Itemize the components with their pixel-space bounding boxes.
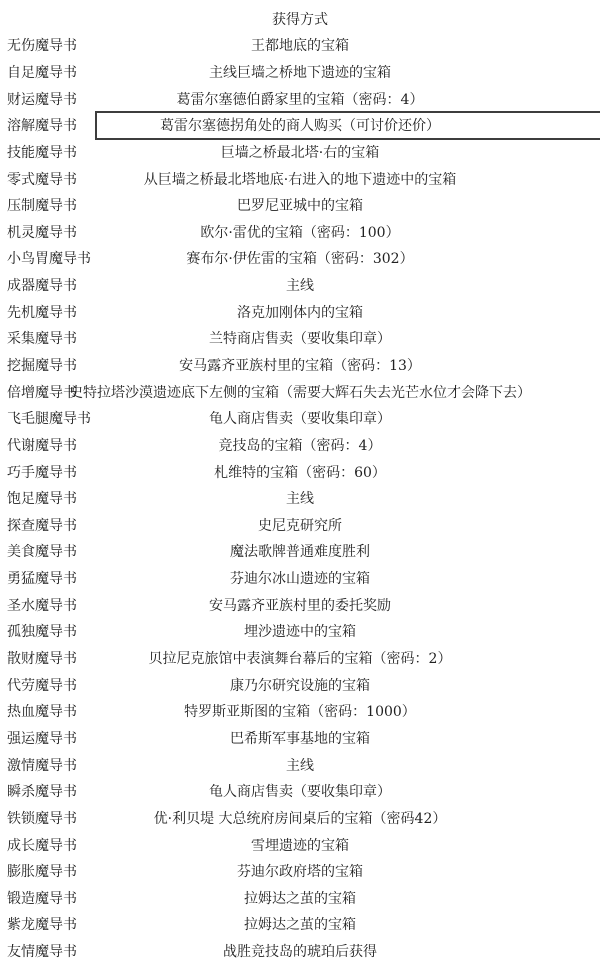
acquisition-method-cell: 兰特商店售卖（要收集印章） [0, 328, 600, 348]
table-row: 饱足魔导书 主线 [0, 485, 600, 512]
book-name-cell: 无伤魔导书 [7, 35, 77, 55]
book-name-cell: 飞毛腿魔导书 [7, 408, 91, 428]
table-row: 孤独魔导书 埋沙遗迹中的宝箱 [0, 618, 600, 645]
table-row: 财运魔导书 葛雷尔塞德伯爵家里的宝箱（密码：4） [0, 85, 600, 112]
book-name-cell: 先机魔导书 [7, 302, 77, 322]
table-row: 热血魔导书 特罗斯亚斯图的宝箱（密码：1000） [0, 698, 600, 725]
acquisition-method-cell: 优·利贝堤 大总统府房间桌后的宝箱（密码42） [0, 808, 600, 828]
table-row: 瞬杀魔导书 龟人商店售卖（要收集印章） [0, 778, 600, 805]
book-name-cell: 圣水魔导书 [7, 595, 77, 615]
table-row: 自足魔导书 主线巨墙之桥地下遗迹的宝箱 [0, 59, 600, 86]
book-name-cell: 饱足魔导书 [7, 488, 77, 508]
acquisition-method-cell: 史尼克研究所 [0, 515, 600, 535]
book-name-cell: 友情魔导书 [7, 941, 77, 961]
table-row: 零式魔导书 从巨墙之桥最北塔地底·右进入的地下遗迹中的宝箱 [0, 165, 600, 192]
acquisition-method-cell: 战胜竞技岛的琥珀后获得 [0, 941, 600, 961]
book-name-cell: 财运魔导书 [7, 89, 77, 109]
book-name-cell: 倍增魔导书 [7, 382, 77, 402]
acquisition-method-cell: 拉姆达之茧的宝箱 [0, 888, 600, 908]
acquisition-method-cell: 葛雷尔塞德拐角处的商人购买（可讨价还价） [0, 115, 600, 135]
book-name-cell: 散财魔导书 [7, 648, 77, 668]
table-row: 飞毛腿魔导书 龟人商店售卖（要收集印章） [0, 405, 600, 432]
book-name-cell: 成长魔导书 [7, 835, 77, 855]
table-row: 压制魔导书 巴罗尼亚城中的宝箱 [0, 192, 600, 219]
acquisition-method-cell: 竞技岛的宝箱（密码：4） [0, 435, 600, 455]
acquisition-method-cell: 芬迪尔冰山遗迹的宝箱 [0, 568, 600, 588]
table-row: 铁锁魔导书 优·利贝堤 大总统府房间桌后的宝箱（密码42） [0, 805, 600, 832]
table-row: 膨胀魔导书 芬迪尔政府塔的宝箱 [0, 858, 600, 885]
book-name-cell: 代谢魔导书 [7, 435, 77, 455]
column-header-acquisition-method: 获得方式 [272, 9, 328, 29]
table-row: 采集魔导书 兰特商店售卖（要收集印章） [0, 325, 600, 352]
acquisition-method-cell: 贝拉尼克旅馆中表演舞台幕后的宝箱（密码：2） [0, 648, 600, 668]
acquisition-method-cell: 龟人商店售卖（要收集印章） [0, 781, 600, 801]
book-name-cell: 机灵魔导书 [7, 222, 77, 242]
acquisition-method-cell: 巨墙之桥最北塔·右的宝箱 [0, 142, 600, 162]
book-name-cell: 激情魔导书 [7, 755, 77, 775]
acquisition-method-cell: 埋沙遗迹中的宝箱 [0, 621, 600, 641]
acquisition-method-cell: 从巨墙之桥最北塔地底·右进入的地下遗迹中的宝箱 [0, 169, 600, 189]
book-name-cell: 零式魔导书 [7, 169, 77, 189]
book-name-cell: 瞬杀魔导书 [7, 781, 77, 801]
table-row: 代谢魔导书 竞技岛的宝箱（密码：4） [0, 432, 600, 459]
table-row: 强运魔导书 巴希斯军事基地的宝箱 [0, 725, 600, 752]
acquisition-method-cell: 主线 [0, 755, 600, 775]
acquisition-method-cell: 巴罗尼亚城中的宝箱 [0, 195, 600, 215]
acquisition-method-cell: 洛克加刚体内的宝箱 [0, 302, 600, 322]
book-name-cell: 锻造魔导书 [7, 888, 77, 908]
book-name-cell: 成器魔导书 [7, 275, 77, 295]
table-row: 挖掘魔导书 安马露齐亚族村里的宝箱（密码：13） [0, 352, 600, 379]
acquisition-method-cell: 主线巨墙之桥地下遗迹的宝箱 [0, 62, 600, 82]
table-row: 技能魔导书 巨墙之桥最北塔·右的宝箱 [0, 139, 600, 166]
table-row: 圣水魔导书 安马露齐亚族村里的委托奖励 [0, 591, 600, 618]
book-name-cell: 巧手魔导书 [7, 462, 77, 482]
acquisition-method-cell: 特罗斯亚斯图的宝箱（密码：1000） [0, 701, 600, 721]
acquisition-method-cell: 王都地底的宝箱 [0, 35, 600, 55]
table-row: 美食魔导书 魔法歌牌普通难度胜利 [0, 538, 600, 565]
table-row: 成长魔导书 雪埋遗迹的宝箱 [0, 831, 600, 858]
book-name-cell: 挖掘魔导书 [7, 355, 77, 375]
table-row: 散财魔导书 贝拉尼克旅馆中表演舞台幕后的宝箱（密码：2） [0, 645, 600, 672]
table-row: 溶解魔导书 葛雷尔塞德拐角处的商人购买（可讨价还价） [0, 112, 600, 139]
acquisition-method-cell: 欧尔·雷优的宝箱（密码：100） [0, 222, 600, 242]
acquisition-method-cell: 雪埋遗迹的宝箱 [0, 835, 600, 855]
acquisition-method-cell: 主线 [0, 275, 600, 295]
book-name-cell: 压制魔导书 [7, 195, 77, 215]
book-name-cell: 强运魔导书 [7, 728, 77, 748]
acquisition-method-cell: 魔法歌牌普通难度胜利 [0, 541, 600, 561]
book-name-cell: 采集魔导书 [7, 328, 77, 348]
table-row: 无伤魔导书 王都地底的宝箱 [0, 32, 600, 59]
book-name-cell: 小鸟胃魔导书 [7, 248, 91, 268]
book-name-cell: 美食魔导书 [7, 541, 77, 561]
book-name-cell: 自足魔导书 [7, 62, 77, 82]
book-name-cell: 探查魔导书 [7, 515, 77, 535]
acquisition-method-cell: 芬迪尔政府塔的宝箱 [0, 861, 600, 881]
table-row: 激情魔导书 主线 [0, 751, 600, 778]
table-row: 小鸟胃魔导书 赛布尔·伊佐雷的宝箱（密码：302） [0, 245, 600, 272]
book-name-cell: 紫龙魔导书 [7, 914, 77, 934]
table-row: 友情魔导书 战胜竞技岛的琥珀后获得 [0, 938, 600, 965]
acquisition-method-cell: 康乃尔研究设施的宝箱 [0, 675, 600, 695]
table-row: 勇猛魔导书 芬迪尔冰山遗迹的宝箱 [0, 565, 600, 592]
magic-book-acquisition-table: 获得方式 无伤魔导书 王都地底的宝箱 自足魔导书 主线巨墙之桥地下遗迹的宝箱 财… [0, 0, 600, 969]
book-name-cell: 代劳魔导书 [7, 675, 77, 695]
table-row: 倍增魔导书 史特拉塔沙漠遗迹底下左侧的宝箱（需要大辉石失去光芒水位才会降下去） [0, 378, 600, 405]
acquisition-method-cell: 拉姆达之茧的宝箱 [0, 914, 600, 934]
book-name-cell: 铁锁魔导书 [7, 808, 77, 828]
book-name-cell: 勇猛魔导书 [7, 568, 77, 588]
table-row: 探查魔导书 史尼克研究所 [0, 512, 600, 539]
table-row: 巧手魔导书 札维特的宝箱（密码：60） [0, 458, 600, 485]
book-name-cell: 技能魔导书 [7, 142, 77, 162]
table-row: 先机魔导书 洛克加刚体内的宝箱 [0, 298, 600, 325]
table-row: 机灵魔导书 欧尔·雷优的宝箱（密码：100） [0, 218, 600, 245]
acquisition-method-cell: 安马露齐亚族村里的委托奖励 [0, 595, 600, 615]
acquisition-method-cell: 札维特的宝箱（密码：60） [0, 462, 600, 482]
book-name-cell: 热血魔导书 [7, 701, 77, 721]
acquisition-method-cell: 安马露齐亚族村里的宝箱（密码：13） [0, 355, 600, 375]
acquisition-method-cell: 史特拉塔沙漠遗迹底下左侧的宝箱（需要大辉石失去光芒水位才会降下去） [0, 382, 600, 402]
acquisition-method-cell: 葛雷尔塞德伯爵家里的宝箱（密码：4） [0, 89, 600, 109]
acquisition-method-cell: 巴希斯军事基地的宝箱 [0, 728, 600, 748]
table-body: 无伤魔导书 王都地底的宝箱 自足魔导书 主线巨墙之桥地下遗迹的宝箱 财运魔导书 … [0, 32, 600, 964]
table-row: 代劳魔导书 康乃尔研究设施的宝箱 [0, 671, 600, 698]
table-header-row: 获得方式 [0, 5, 600, 32]
book-name-cell: 膨胀魔导书 [7, 861, 77, 881]
book-name-cell: 孤独魔导书 [7, 621, 77, 641]
acquisition-method-cell: 主线 [0, 488, 600, 508]
table-row: 紫龙魔导书 拉姆达之茧的宝箱 [0, 911, 600, 938]
book-name-cell: 溶解魔导书 [7, 115, 77, 135]
table-row: 锻造魔导书 拉姆达之茧的宝箱 [0, 885, 600, 912]
table-row: 成器魔导书 主线 [0, 272, 600, 299]
